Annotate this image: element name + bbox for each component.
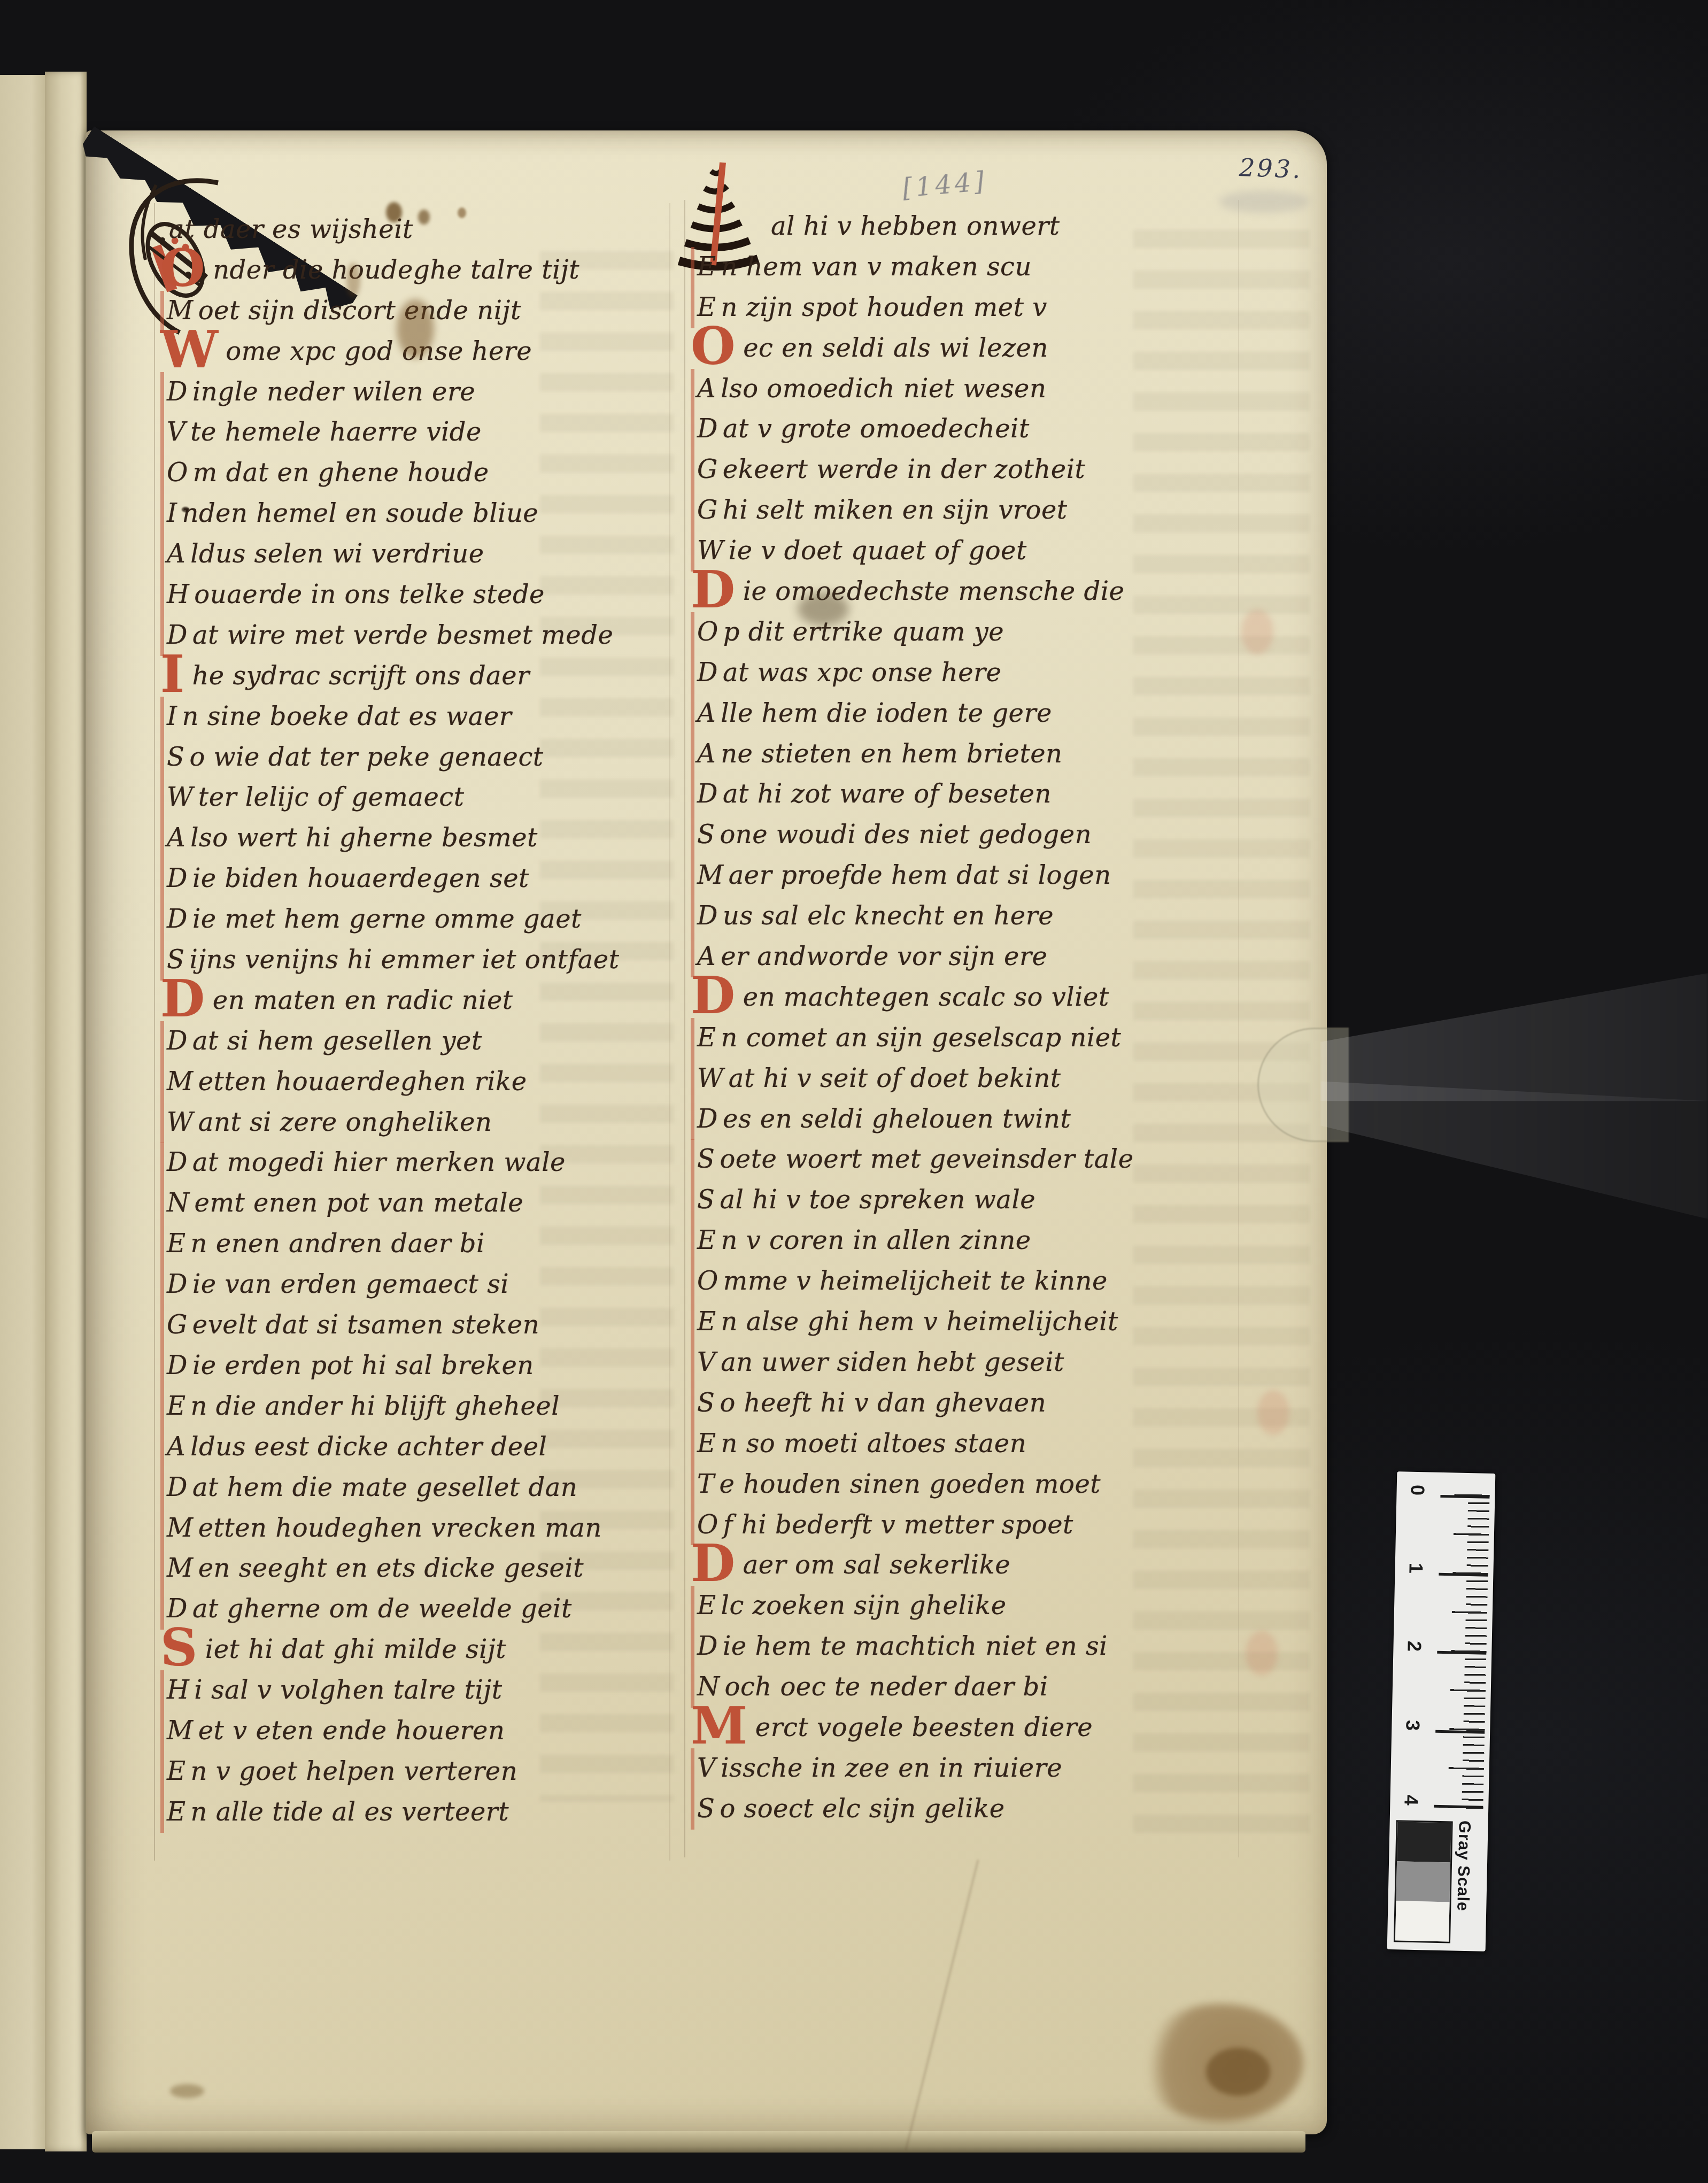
column1-left-rule (154, 203, 155, 1861)
text-column-2: Sal hi v hebben onwertEn hem van v maken… (691, 206, 1231, 1830)
line-text: at hem die mate gesellet dan (192, 1472, 577, 1502)
ruler-number-1: 1 (1403, 1562, 1427, 1595)
line-initial: E (160, 1752, 186, 1792)
manuscript-photo: [144] 293. (0, 0, 1708, 2183)
facing-page-edge (0, 75, 45, 2149)
line-initial: D (691, 774, 718, 815)
ruler-major-tick (1434, 1805, 1483, 1809)
line-initial: D (691, 653, 718, 693)
verse-line: Dat wire met verde besmet mede (160, 615, 700, 656)
line-text: n alle tide al es verteert (191, 1797, 509, 1827)
line-initial: S (691, 815, 715, 855)
verse-line: Sone woudi des niet gedogen (691, 815, 1231, 855)
line-initial: A (160, 1427, 186, 1468)
verse-line: Siet hi dat ghi milde sijt (160, 1630, 700, 1670)
line-initial: D (691, 1099, 718, 1140)
line-text: at was xpc onse here (723, 658, 1001, 688)
line-initial: M (691, 855, 724, 896)
line-text: o soect elc sijn gelike (720, 1794, 1004, 1824)
line-text: ie v doet quaet of goet (729, 536, 1027, 566)
ink-folio-number: 293. (1239, 153, 1303, 184)
verse-line: En hem van v maken scu (691, 247, 1231, 288)
verse-line: Die erden pot hi sal breken (160, 1346, 700, 1386)
verse-line: Aer andworde vor sijn ere (691, 937, 1231, 977)
line-text: en seeght en ets dicke geseit (198, 1553, 584, 1583)
line-initial: G (691, 490, 718, 531)
verse-line: Metten houaerdeghen rike (160, 1062, 700, 1102)
ink-dot (182, 507, 189, 512)
line-initial: A (160, 534, 186, 575)
burn-stain (397, 299, 434, 358)
verse-line: En alse ghi hem v heimelijcheit (691, 1302, 1231, 1343)
verse-line: Wie v doet quaet of goet (691, 531, 1231, 572)
line-initial: D (160, 983, 205, 1015)
line-text: at si hem gesellen yet (192, 1026, 482, 1056)
verse-line: Dingle neder wilen ere (160, 372, 700, 413)
verse-line: Ane stieten en hem brieten (691, 734, 1231, 775)
verse-line: Sijns venijns hi emmer iet ontfaet (160, 940, 700, 981)
verse-line: Metten houdeghen vrecken man (160, 1508, 700, 1549)
verse-line: Wat hi v seit of doet bekint (691, 1059, 1231, 1099)
verse-line: Want si zere ongheliken (160, 1102, 700, 1143)
line-text: en maten en radic niet (213, 985, 513, 1015)
line-text: n hem van v maken scu (721, 252, 1032, 282)
line-initial: D (160, 1143, 188, 1183)
line-text: n die ander hi blijft gheheel (191, 1391, 560, 1421)
line-initial: G (691, 450, 718, 490)
verse-line: Den maten en radic niet (160, 981, 700, 1021)
line-text: o wie dat ter peke genaect (189, 742, 543, 772)
line-text: iet hi dat ghi milde sijt (205, 1634, 506, 1664)
line-text: erct vogele beesten diere (755, 1713, 1093, 1742)
ruler-number-0: 0 (1405, 1485, 1429, 1517)
line-text: ldus eest dicke achter deel (190, 1432, 547, 1462)
verse-line: Ihe sydrac scrijft ons daer (160, 656, 700, 697)
line-text: lle hem die ioden te gere (721, 698, 1052, 728)
line-text: n v goet helpen verteren (191, 1756, 518, 1786)
verse-line: Elc zoeken sijn ghelike (691, 1586, 1231, 1626)
line-text: f hi bederft v metter spoet (723, 1510, 1073, 1540)
line-text: n v coren in allen zinne (721, 1225, 1031, 1255)
line-initial: D (691, 1547, 736, 1579)
line-initial: S (691, 1139, 715, 1180)
verse-line: Dat was xpc onse here (691, 653, 1231, 693)
verse-line: Van uwer siden hebt geseit (691, 1343, 1231, 1383)
verse-line: Die met hem gerne omme gaet (160, 899, 700, 940)
line-initial: E (160, 1792, 186, 1833)
line-text: lso wert hi gherne besmet (190, 823, 538, 853)
verse-line: En so moeti altoes staen (691, 1424, 1231, 1464)
line-text: ouaerde in ons telke stede (194, 580, 545, 610)
verse-line: Soete woert met geveinsder tale (691, 1139, 1231, 1180)
line-text: ldus selen wi verdriue (190, 539, 484, 569)
line-text: ie erden pot hi sal breken (192, 1351, 534, 1380)
line-text: ingle neder wilen ere (192, 377, 475, 407)
verse-line: Men seeght en ets dicke geseit (160, 1548, 700, 1589)
line-text: ie biden houaerdegen set (192, 863, 529, 893)
line-text: m dat en ghene houde (193, 458, 489, 488)
verse-line: Oec en seldi als wi lezen (691, 328, 1231, 369)
verse-line: Ghi selt miken en sijn vroet (691, 490, 1231, 531)
line-initial: W (160, 777, 194, 818)
line-text: es en seldi ghelouen twint (723, 1104, 1071, 1134)
verse-line: Dat hi zot ware of beseten (691, 774, 1231, 815)
line-text: lso omoedich niet wesen (721, 374, 1046, 404)
line-initial: S (691, 1789, 715, 1830)
line-text: ome xpc god onse here (226, 336, 532, 366)
verse-line: Sal hi v toe spreken wale (691, 1180, 1231, 1221)
line-initial: E (691, 247, 716, 288)
line-text: oet sijn discort ende nijt (198, 296, 521, 326)
verse-line: Den machtegen scalc so vliet (691, 977, 1231, 1018)
burn-stain (346, 263, 360, 297)
verse-line: En die ander hi blijft gheheel (160, 1386, 700, 1427)
line-text: ant si zere ongheliken (198, 1107, 492, 1137)
line-initial: O (160, 453, 188, 493)
verse-line: Om dat en ghene houde (160, 453, 700, 493)
gutter-fold (45, 72, 87, 2151)
line-initial: S (691, 1180, 715, 1221)
line-initial: A (691, 734, 716, 775)
line-text: nden hemel en soude bliue (182, 498, 538, 528)
verse-line: Des en seldi ghelouen twint (691, 1099, 1231, 1140)
line-initial: O (160, 252, 205, 284)
verse-line: Gekeert werde in der zotheit (691, 450, 1231, 490)
line-text: al hi v toe spreken wale (720, 1185, 1035, 1215)
corner-stain (1206, 2048, 1270, 2096)
line-text: ec en seldi als wi lezen (743, 333, 1048, 363)
verse-line: Inden hemel en soude bliue (160, 493, 700, 534)
line-text: lc zoeken sijn ghelike (721, 1591, 1007, 1621)
line-initial: I (160, 493, 177, 534)
line-initial: O (691, 330, 736, 362)
verse-line: Aldus eest dicke achter deel (160, 1427, 700, 1468)
line-initial: D (160, 899, 188, 940)
line-initial: N (160, 1183, 190, 1224)
line-initial: M (691, 1710, 748, 1742)
line-text: aer om sal sekerlike (743, 1550, 1010, 1580)
verse-line: Aldus selen wi verdriue (160, 534, 700, 575)
red-showthrough (1246, 1631, 1278, 1676)
line-initial: D (160, 1346, 188, 1386)
line-initial: M (160, 1062, 194, 1102)
line-initial: D (691, 979, 736, 1012)
swatch-gray (1396, 1861, 1451, 1902)
verse-line: Houaerde in ons telke stede (160, 575, 700, 615)
text-column-1: Wat daer es wijsheitOnder die houdeghe t… (160, 210, 700, 1833)
verse-line: Vte hemele haerre vide (160, 412, 700, 453)
line-text: e houden sinen goeden moet (720, 1469, 1101, 1499)
verse-line: Dat si hem gesellen yet (160, 1021, 700, 1062)
verse-line: En comet an sijn geselscap niet (691, 1018, 1231, 1059)
line-initial: D (160, 1264, 188, 1305)
line-text: at hi zot ware of beseten (723, 779, 1052, 809)
line-text: n comet an sijn geselscap niet (721, 1023, 1122, 1053)
line-text: ter lelijc of gemaect (198, 782, 465, 812)
line-text: he sydrac scrijft ons daer (192, 661, 529, 691)
ruler-major-tick (1439, 1573, 1488, 1577)
verse-line: Met v eten ende houeren (160, 1711, 700, 1752)
line-text: ie met hem gerne omme gaet (192, 904, 582, 934)
line-text: emt enen pot van metale (195, 1188, 524, 1218)
line-text: ijns venijns hi emmer iet ontfaet (189, 945, 619, 975)
line-text: oete woert met geveinsder tale (720, 1144, 1133, 1174)
line-initial: E (691, 1221, 716, 1261)
line-text: et v eten ende houeren (198, 1716, 505, 1746)
verse-line: Daer om sal sekerlike (691, 1545, 1231, 1586)
line-text: n enen andren daer bi (191, 1229, 485, 1259)
verse-line: Omme v heimelijcheit te kinne (691, 1261, 1231, 1302)
line-text: ekeert werde in der zotheit (723, 454, 1085, 484)
line-initial: D (160, 1468, 188, 1508)
line-initial: D (691, 574, 736, 606)
gray-scale-label: Gray Scale (1452, 1821, 1474, 1947)
line-initial: E (160, 1386, 186, 1427)
line-initial: D (160, 859, 188, 899)
verse-line: Dat v grote omoedecheit (691, 409, 1231, 450)
edge-stain (170, 2084, 204, 2098)
verse-line: So heeft hi v dan ghevaen (691, 1383, 1231, 1424)
verse-line: En enen andren daer bi (160, 1224, 700, 1264)
verse-line: Dat mogedi hier merken wale (160, 1143, 700, 1183)
swatch-white (1395, 1901, 1450, 1941)
ruler-major-tick (1440, 1495, 1489, 1499)
line-initial: E (691, 1302, 716, 1343)
page-stack-edge (92, 2131, 1305, 2153)
line-text: er andworde vor sijn ere (721, 942, 1047, 971)
verse-line: Of hi bederft v metter spoet (691, 1505, 1231, 1546)
ruler-number-3: 3 (1400, 1719, 1424, 1752)
line-initial: S (691, 1383, 715, 1424)
verse-line: Wter lelijc of gemaect (160, 777, 700, 818)
red-showthrough (1241, 610, 1273, 654)
line-initial: T (691, 1464, 715, 1505)
verse-line: Maer proefde hem dat si logen (691, 855, 1231, 896)
verse-line: En zijn spot houden met v (691, 288, 1231, 328)
verse-line: Hi sal v volghen talre tijt (160, 1670, 700, 1711)
line-text: te hemele haerre vide (190, 417, 482, 447)
verse-line: En v coren in allen zinne (691, 1221, 1231, 1261)
verse-line: Wat daer es wijsheit (160, 210, 700, 250)
line-initial: A (160, 818, 186, 859)
line-initial: G (160, 1305, 188, 1346)
verse-line: Dat hem die mate gesellet dan (160, 1468, 700, 1508)
line-text: en machtegen scalc so vliet (743, 982, 1109, 1012)
line-text: an uwer siden hebt geseit (721, 1347, 1064, 1377)
line-initial: D (691, 409, 718, 450)
line-text: etten houdeghen vrecken man (198, 1513, 602, 1543)
line-initial: D (691, 1626, 718, 1667)
line-text: at wire met verde besmet mede (192, 620, 613, 650)
line-text: at v grote omoedecheit (723, 414, 1030, 444)
verse-line: Dat gherne om de weelde geit (160, 1589, 700, 1630)
verse-line: Vissche in zee en in riuiere (691, 1748, 1231, 1789)
line-text: mme v heimelijcheit te kinne (723, 1266, 1108, 1296)
line-initial: D (691, 896, 718, 937)
line-text: i sal v volghen talre tijt (194, 1675, 502, 1705)
pencil-smudge (1219, 190, 1310, 213)
line-initial: V (160, 412, 186, 453)
verse-line: Die hem te machtich niet en si (691, 1626, 1231, 1667)
verse-line: Te houden sinen goeden moet (691, 1464, 1231, 1505)
verse-line: Die biden houaerdegen set (160, 859, 700, 899)
verse-line: So soect elc sijn gelike (691, 1789, 1231, 1830)
burn-stain (386, 202, 402, 222)
line-initial: A (691, 693, 716, 734)
line-text: n sine boeke dat es waer (182, 701, 512, 731)
line-text: aer proefde hem dat si logen (729, 860, 1111, 890)
line-text: ne stieten en hem brieten (721, 739, 1062, 769)
verse-line: Dus sal elc knecht en here (691, 896, 1231, 937)
line-initial: I (160, 658, 184, 690)
verse-line: So wie dat ter peke genaect (160, 737, 700, 778)
line-text: at hi v seit of doet bekint (729, 1063, 1061, 1093)
line-initial: W (160, 1102, 194, 1143)
line-text: nder die houdeghe talre tijt (213, 255, 579, 285)
ink-smudge (798, 592, 849, 626)
ruler-major-tick (1435, 1730, 1485, 1734)
red-showthrough (1257, 1390, 1289, 1435)
burn-stain (418, 210, 430, 225)
line-text: hi selt miken en sijn vroet (723, 495, 1068, 525)
line-initial: E (691, 1424, 716, 1464)
verse-line: En alle tide al es verteert (160, 1792, 700, 1833)
verse-line: In sine boeke dat es waer (160, 697, 700, 737)
line-text: n zijn spot houden met v (721, 292, 1047, 322)
swatch-black (1397, 1822, 1451, 1862)
line-text: ie van erden gemaect si (192, 1269, 509, 1299)
line-text: ie hem te machtich niet en si (723, 1631, 1108, 1661)
line-text: p dit ertrike quam ye (723, 617, 1004, 647)
verse-line: Noch oec te neder daer bi (691, 1667, 1231, 1708)
verse-line: Also wert hi gherne besmet (160, 818, 700, 859)
verse-line: Onder die houdeghe talre tijt (160, 250, 700, 291)
line-text: at mogedi hier merken wale (192, 1147, 566, 1177)
verse-line: En v goet helpen verteren (160, 1752, 700, 1792)
line-initial: W (691, 1059, 724, 1099)
line-initial: V (691, 1343, 716, 1383)
line-text: och oec te neder daer bi (725, 1672, 1048, 1702)
line-text: one woudi des niet gedogen (720, 820, 1092, 850)
verse-line: Alle hem die ioden te gere (691, 693, 1231, 734)
verse-line: Die omoedechste mensche die (691, 572, 1231, 612)
verse-line: Sal hi v hebben onwert (691, 206, 1231, 247)
line-initial: S (160, 737, 184, 778)
verse-line: Also omoedich niet wesen (691, 369, 1231, 410)
line-text: evelt dat si tsamen steken (192, 1310, 539, 1340)
line-initial: H (160, 575, 189, 615)
line-text: o heeft hi v dan ghevaen (720, 1388, 1046, 1418)
line-text: n so moeti altoes staen (721, 1429, 1027, 1459)
ruler-number-2: 2 (1402, 1640, 1426, 1673)
line-initial: O (691, 1261, 718, 1302)
verse-line: Nemt enen pot van metale (160, 1183, 700, 1224)
ruler-major-tick (1437, 1651, 1486, 1655)
burn-stain (458, 207, 466, 218)
verse-line: Merct vogele beesten diere (691, 1708, 1231, 1748)
line-initial: S (160, 1632, 198, 1664)
line-text: at gherne om de weelde geit (192, 1594, 572, 1624)
line-initial: W (160, 334, 218, 366)
verse-line: Op dit ertrike quam ye (691, 612, 1231, 653)
line-initial: M (160, 1508, 194, 1549)
line-initial: M (160, 1711, 194, 1752)
line-text: issche in zee en in riuiere (721, 1753, 1062, 1783)
line-text: etten houaerdeghen rike (198, 1067, 527, 1097)
gray-scale-card: 0 1 2 3 4 Gray Scale (1387, 1471, 1496, 1951)
line-text: al hi v hebben onwert (771, 211, 1060, 241)
verse-line: Gevelt dat si tsamen steken (160, 1305, 700, 1346)
gray-swatches (1394, 1820, 1453, 1943)
line-initial: E (160, 1224, 186, 1264)
line-text: us sal elc knecht en here (723, 901, 1054, 931)
verse-line: Die van erden gemaect si (160, 1264, 700, 1305)
line-text: at daer es wijsheit (169, 214, 413, 244)
line-initial: M (160, 1548, 194, 1589)
line-text: n alse ghi hem v heimelijcheit (721, 1307, 1118, 1337)
